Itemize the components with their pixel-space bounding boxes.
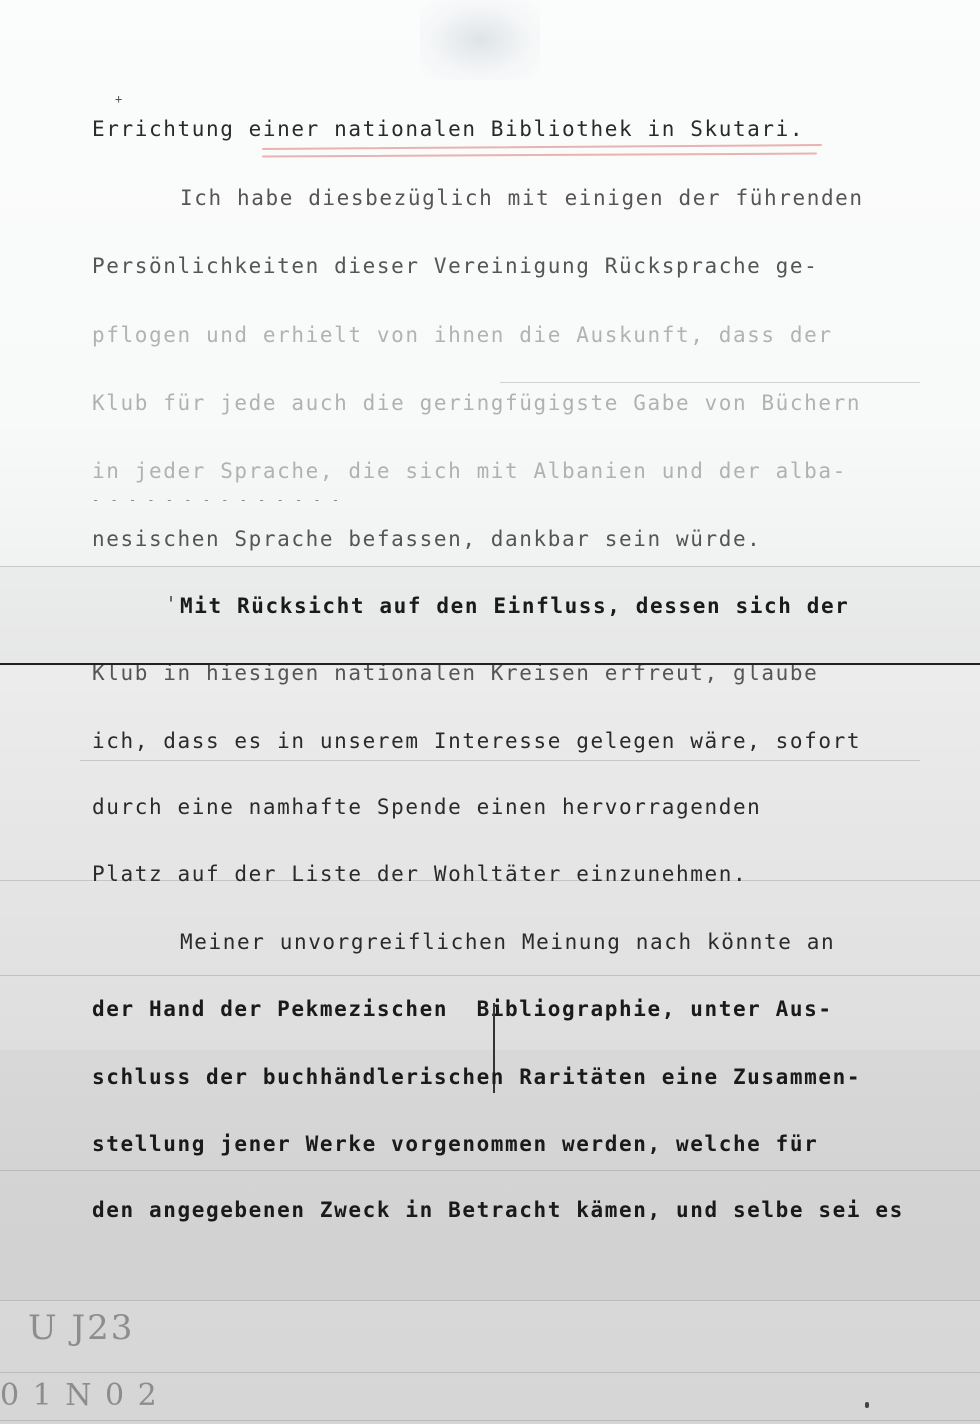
scan-line <box>0 975 980 976</box>
doc-line: Persönlichkeiten dieser Vereinigung Rück… <box>92 253 818 279</box>
doc-line: schluss der buchhändlerischen Raritäten … <box>92 1064 861 1090</box>
dashed-underline: - - - - - - - - - - - - - - <box>92 493 341 507</box>
margin-mark: + <box>115 92 122 106</box>
page-mark <box>865 1402 869 1408</box>
doc-line: den angegebenen Zweck in Betracht kämen,… <box>92 1197 904 1223</box>
scan-line <box>500 382 920 383</box>
red-underline <box>262 153 817 158</box>
red-underline <box>262 144 822 150</box>
doc-line: Platz auf der Liste der Wohltäter einzun… <box>92 861 747 887</box>
doc-line: Klub für jede auch die geringfügigste Ga… <box>92 390 861 416</box>
doc-line: Meiner unvorgreiflichen Meinung nach kön… <box>180 929 835 955</box>
paper-smudge <box>420 0 540 80</box>
doc-line: nesischen Sprache befassen, dankbar sein… <box>92 526 761 552</box>
handwritten-note: 0 1 N 0 2 <box>0 1378 159 1413</box>
doc-line: pflogen und erhielt von ihnen die Auskun… <box>92 322 833 348</box>
doc-line: Ich habe diesbezüglich mit einigen der f… <box>180 185 864 211</box>
strike-through-line <box>0 663 980 665</box>
doc-line: durch eine namhafte Spende einen hervorr… <box>92 794 761 820</box>
doc-heading-line: Errichtung einer nationalen Bibliothek i… <box>92 116 804 142</box>
handwritten-note: U J23 <box>28 1308 134 1348</box>
scan-line <box>0 1372 980 1373</box>
scan-line <box>0 1420 980 1421</box>
scan-line <box>0 1300 980 1301</box>
doc-line: stellung jener Werke vorgenommen werden,… <box>92 1131 818 1157</box>
doc-line: in jeder Sprache, die sich mit Albanien … <box>92 458 847 484</box>
scan-line <box>80 760 920 761</box>
doc-line: Mit Rücksicht auf den Einfluss, dessen s… <box>180 593 849 619</box>
doc-line: der Hand der Pekmezischen Bibliographie,… <box>92 996 833 1022</box>
margin-mark: ' <box>165 592 177 616</box>
doc-line: ich, dass es in unserem Interesse gelege… <box>92 728 861 754</box>
